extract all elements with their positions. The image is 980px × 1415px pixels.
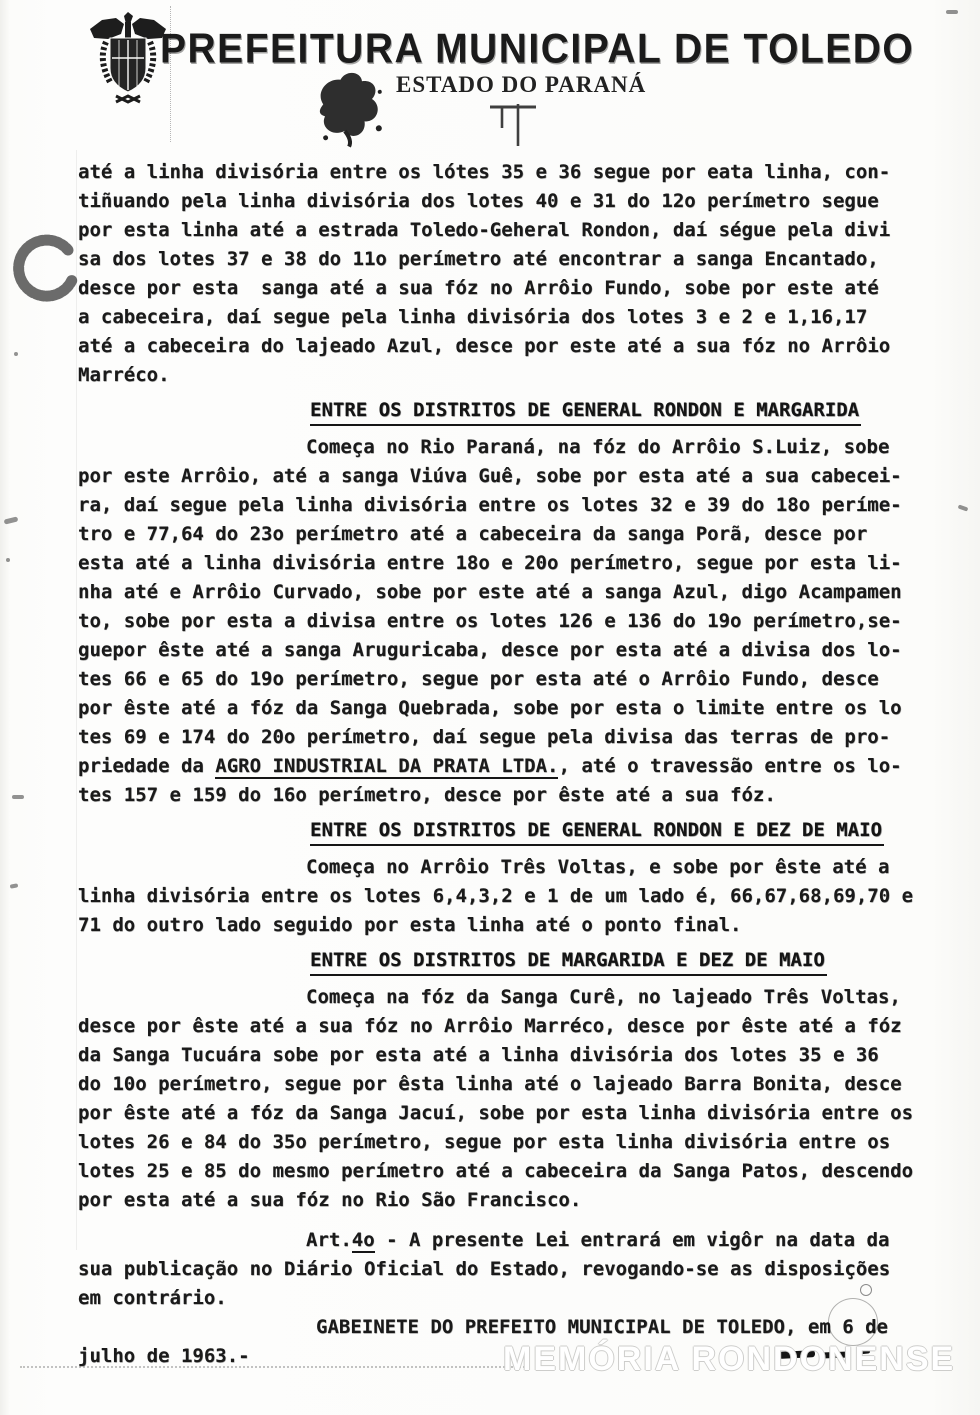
text-line: em contrário. [78, 1284, 938, 1313]
margin-speck [10, 883, 19, 888]
scan-fold-line [170, 6, 171, 142]
underlined-company-name: AGRO INDUSTRIAL DA PRATA LTDA. [215, 755, 558, 779]
paragraph-gap [78, 1215, 938, 1226]
text-line: desce por êste até a sua fóz no Arrôio M… [78, 1012, 938, 1041]
pen-circle-small-mark [860, 1284, 872, 1296]
underlined-article-number: 4o [352, 1229, 375, 1253]
margin-speck [946, 10, 958, 14]
watermark-text: MEMÓRIA RONDONENSE [503, 1340, 955, 1379]
text-line: tro e 77,64 do 23o perímetro até a cabec… [78, 520, 938, 549]
text-line: nha até e Arrôio Curvado, sobe por este … [78, 578, 938, 607]
text-line: até a cabeceira do lajeado Azul, desce p… [78, 332, 938, 361]
text-line: Começa no Rio Paraná, na fóz do Arrôio S… [78, 433, 938, 462]
scanned-document-page: PREFEITURA MUNICIPAL DE TOLEDO ESTADO DO… [0, 0, 980, 1415]
coat-of-arms-icon [88, 12, 168, 110]
text-line: até a linha divisória entre os lótes 35 … [78, 158, 938, 187]
text-line: Marréco. [78, 361, 938, 390]
letterhead-title: PREFEITURA MUNICIPAL DE TOLEDO [160, 27, 880, 74]
text-line: sa dos lotes 37 e 38 do 11o perímetro at… [78, 245, 938, 274]
text-line: lotes 26 e 84 do 35o perímetro, segue po… [78, 1128, 938, 1157]
scan-dotted-row [20, 1366, 525, 1368]
section-heading: ENTRE OS DISTRITOS DE GENERAL RONDON E D… [310, 817, 938, 846]
margin-speck [4, 516, 19, 524]
text-line: esta até a linha divisória entre 18o e 2… [78, 549, 938, 578]
text-line: da Sanga Tucuára sobe por esta até a lin… [78, 1041, 938, 1070]
text-line: tes 66 e 65 do 19o perímetro, segue por … [78, 665, 938, 694]
text-line: a cabeceira, daí segue pela linha divisó… [78, 303, 938, 332]
text-line: por esta até a sua fóz no Rio São Franci… [78, 1186, 938, 1215]
text-line: Começa no Arrôio Três Voltas, e sobe por… [78, 853, 938, 882]
text-line: desce por esta sanga até a sua fóz no Ar… [78, 274, 938, 303]
document-body: até a linha divisória entre os lótes 35 … [78, 158, 938, 1371]
letterhead-subtitle: ESTADO DO PARANÁ [396, 72, 646, 98]
margin-speck [6, 558, 10, 562]
text-line: linha divisória entre os lotes 6,4,3,2 e… [78, 882, 938, 911]
scan-fold-line [76, 150, 77, 1250]
pen-scribble-icon [486, 98, 546, 154]
text-line: lotes 25 e 85 do mesmo perímetro até a c… [78, 1157, 938, 1186]
text-line: guepor êste até a sanga Aruguricaba, des… [78, 636, 938, 665]
text-line: por êste até a fóz da Sanga Jacuí, sobe … [78, 1099, 938, 1128]
text-line: Art.4o - A presente Lei entrará em vigôr… [78, 1226, 938, 1255]
text-line: por esta linha até a estrada Toledo-Gehe… [78, 216, 938, 245]
text-line: sua publicação no Diário Oficial do Esta… [78, 1255, 938, 1284]
margin-speck [958, 504, 969, 511]
margin-speck [14, 352, 18, 356]
text-line: 71 do outro lado seguido por esta linha … [78, 911, 938, 940]
ink-stamp-icon [307, 63, 396, 157]
section-heading: ENTRE OS DISTRITOS DE MARGARIDA E DEZ DE… [310, 947, 938, 976]
pen-circle-mark [828, 1298, 878, 1346]
text-line: do 10o perímetro, segue por êsta linha a… [78, 1070, 938, 1099]
text-line: por êste até a fóz da Sanga Quebrada, so… [78, 694, 938, 723]
text-line: GABEINETE DO PREFEITO MUNICIPAL DE TOLED… [78, 1313, 938, 1342]
text-line: por este Arrôio, até a sanga Viúva Guê, … [78, 462, 938, 491]
margin-speck [12, 795, 24, 799]
text-line: Começa na fóz da Sanga Curê, no lajeado … [78, 983, 938, 1012]
text-line: tiñuando pela linha divisória dos lotes … [78, 187, 938, 216]
text-line: to, sobe por esta a divisa entre os lote… [78, 607, 938, 636]
text-line: ra, daí segue pela linha divisória entre… [78, 491, 938, 520]
text-line: tes 157 e 159 do 16o perímetro, desce po… [78, 781, 938, 810]
text-line: tes 69 e 174 do 20o perímetro, daí segue… [78, 723, 938, 752]
hole-punch-smudge-icon [8, 234, 84, 314]
text-line: priedade da AGRO INDUSTRIAL DA PRATA LTD… [78, 752, 938, 781]
section-heading: ENTRE OS DISTRITOS DE GENERAL RONDON E M… [310, 397, 938, 426]
